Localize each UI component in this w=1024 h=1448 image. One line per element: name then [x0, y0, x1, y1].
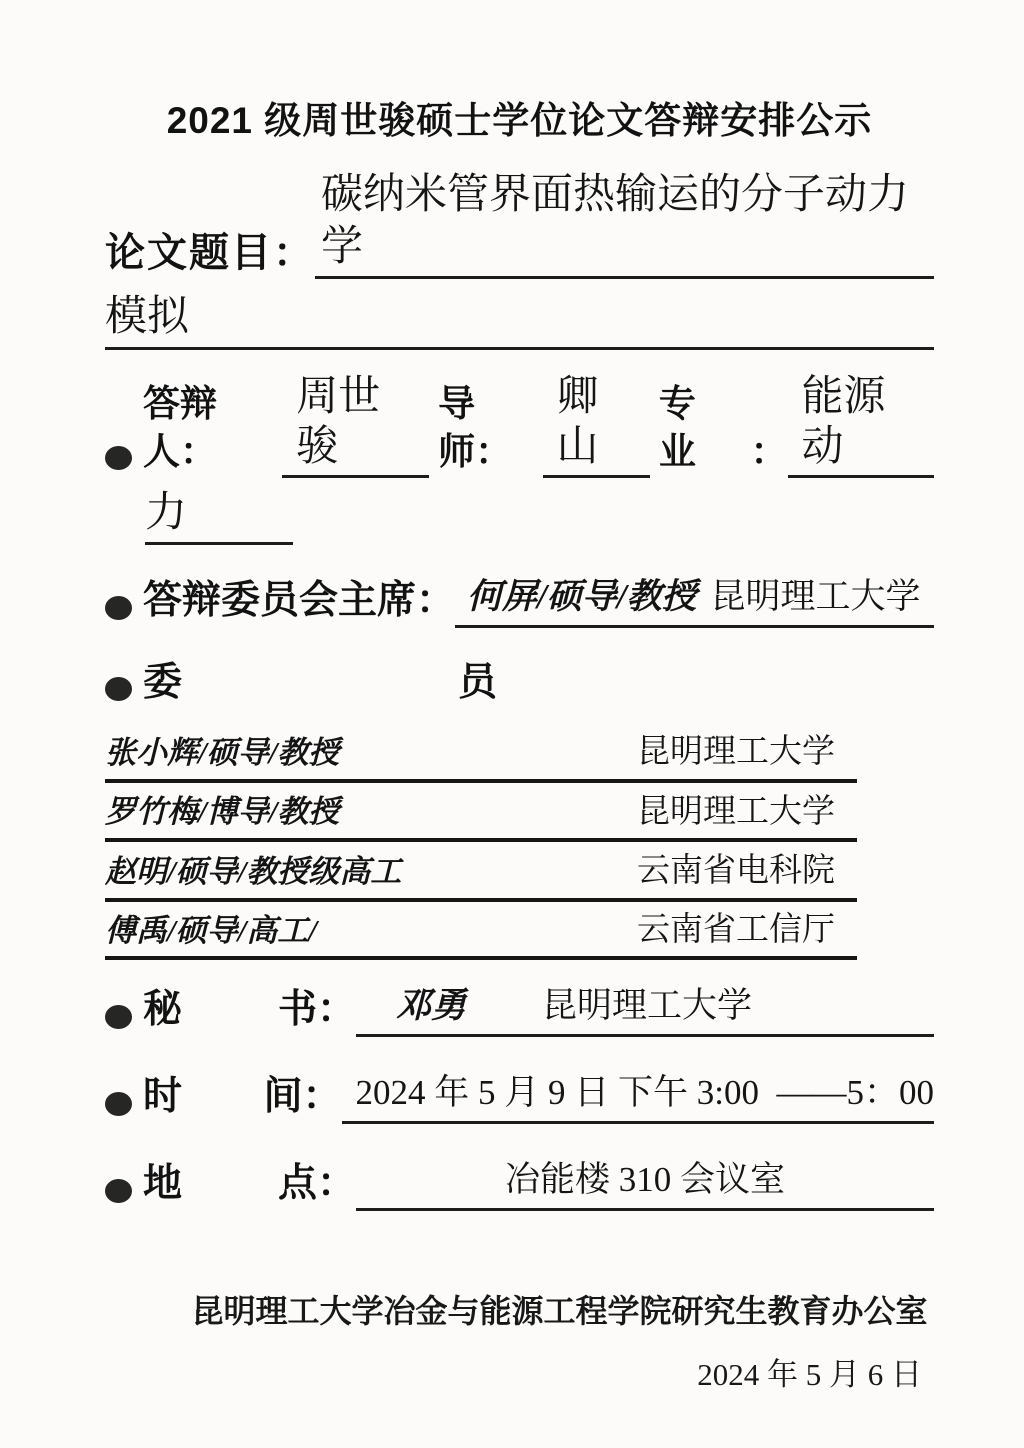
venue-label-left: 地 [143, 1159, 278, 1212]
defender-row: 答辩人： 周世骏 导师： 卿山 专业 ： 能源动 [105, 372, 934, 478]
committee-chair-value: 何屏/硕导/教授 昆明理工大学 [455, 569, 934, 628]
member-name: 傅禹/硕导/高工/ [105, 912, 637, 951]
committee-member-row: 罗竹梅/博导/教授 昆明理工大学 [105, 793, 857, 843]
member-name: 罗竹梅/博导/教授 [105, 793, 637, 832]
defender-name: 周世骏 [282, 372, 429, 478]
bullet-icon [105, 1179, 132, 1203]
time-value: 2024 年 5 月 9 日 下午 3:00 ——5：00 [356, 1065, 934, 1115]
committee-member-row: 张小辉/硕导/教授 昆明理工大学 [105, 733, 857, 783]
committee-chair-row: 答辩委员会主席： 何屏/硕导/教授 昆明理工大学 [105, 569, 934, 628]
venue-row: 地 点： 冶能楼 310 会议室 [105, 1152, 934, 1211]
announcement-document: 2021 级周世骏硕士学位论文答辩安排公示 论文题目： 碳纳米管界面热输运的分子… [0, 0, 1024, 1448]
bullet-icon [105, 1092, 132, 1116]
member-affiliation: 昆明理工大学 [637, 793, 835, 833]
thesis-title-line1: 论文题目： 碳纳米管界面热输运的分子动力学 [105, 169, 934, 279]
committee-label-left: 委 [143, 658, 458, 709]
time-label-right: 间： [264, 1072, 342, 1125]
member-affiliation: 昆明理工大学 [637, 733, 835, 773]
secretary-label-right: 书： [278, 985, 356, 1038]
secretary-affiliation: 昆明理工大学 [542, 978, 752, 1028]
committee-chair-label: 答辩委员会主席： [143, 576, 455, 629]
defender-label: 答辩人： [143, 380, 282, 478]
time-label-left: 时 [143, 1072, 264, 1125]
venue-label-right: 点： [278, 1159, 356, 1212]
issue-date-line: 2024 年 5 月 6 日 [105, 1355, 934, 1395]
time-value-wrap: 2024 年 5 月 9 日 下午 3:00 ——5：00 [342, 1065, 934, 1124]
committee-member-row: 赵明/硕导/教授级高工 云南省电科院 [105, 852, 857, 902]
committee-members-heading: 委 员 [105, 658, 934, 709]
committee-member-row: 傅禹/硕导/高工/ 云南省工信厅 [105, 911, 857, 961]
member-name: 赵明/硕导/教授级高工 [105, 853, 637, 892]
issuing-office-line: 昆明理工大学冶金与能源工程学院研究生教育办公室 [105, 1291, 934, 1333]
member-name: 张小辉/硕导/教授 [105, 734, 637, 773]
secretary-label-left: 秘 [143, 985, 278, 1038]
member-affiliation: 云南省电科院 [637, 852, 835, 892]
time-row: 时 间： 2024 年 5 月 9 日 下午 3:00 ——5：00 [105, 1065, 934, 1124]
thesis-title-line2: 模拟 [105, 291, 934, 351]
venue-value: 冶能楼 310 会议室 [356, 1152, 934, 1211]
secretary-row: 秘 书： 邓勇 昆明理工大学 [105, 978, 934, 1037]
major-value-continued: 力 [145, 488, 293, 545]
committee-chair-name: 何屏/硕导/教授 [467, 569, 696, 619]
thesis-title-value: 碳纳米管界面热输运的分子动力学 [315, 169, 934, 279]
major-label: 专业 [659, 380, 729, 478]
bullet-icon [105, 596, 132, 620]
bullet-icon [105, 1005, 132, 1029]
bullet-icon [105, 446, 132, 470]
committee-chair-affiliation: 昆明理工大学 [710, 569, 920, 619]
member-affiliation: 云南省工信厅 [637, 911, 835, 951]
committee-label-right: 员 [458, 658, 497, 709]
bullet-icon [105, 677, 132, 701]
secretary-name: 邓勇 [396, 978, 466, 1028]
major-colon: ： [751, 428, 788, 478]
thesis-title-label: 论文题目： [105, 227, 315, 279]
secretary-value: 邓勇 昆明理工大学 [356, 978, 934, 1037]
advisor-label: 导师： [438, 380, 542, 478]
page-title: 2021 级周世骏硕士学位论文答辩安排公示 [105, 0, 934, 143]
major-value: 能源动 [788, 372, 935, 478]
advisor-name: 卿山 [543, 372, 650, 478]
thesis-title-value-continued: 模拟 [105, 291, 934, 351]
